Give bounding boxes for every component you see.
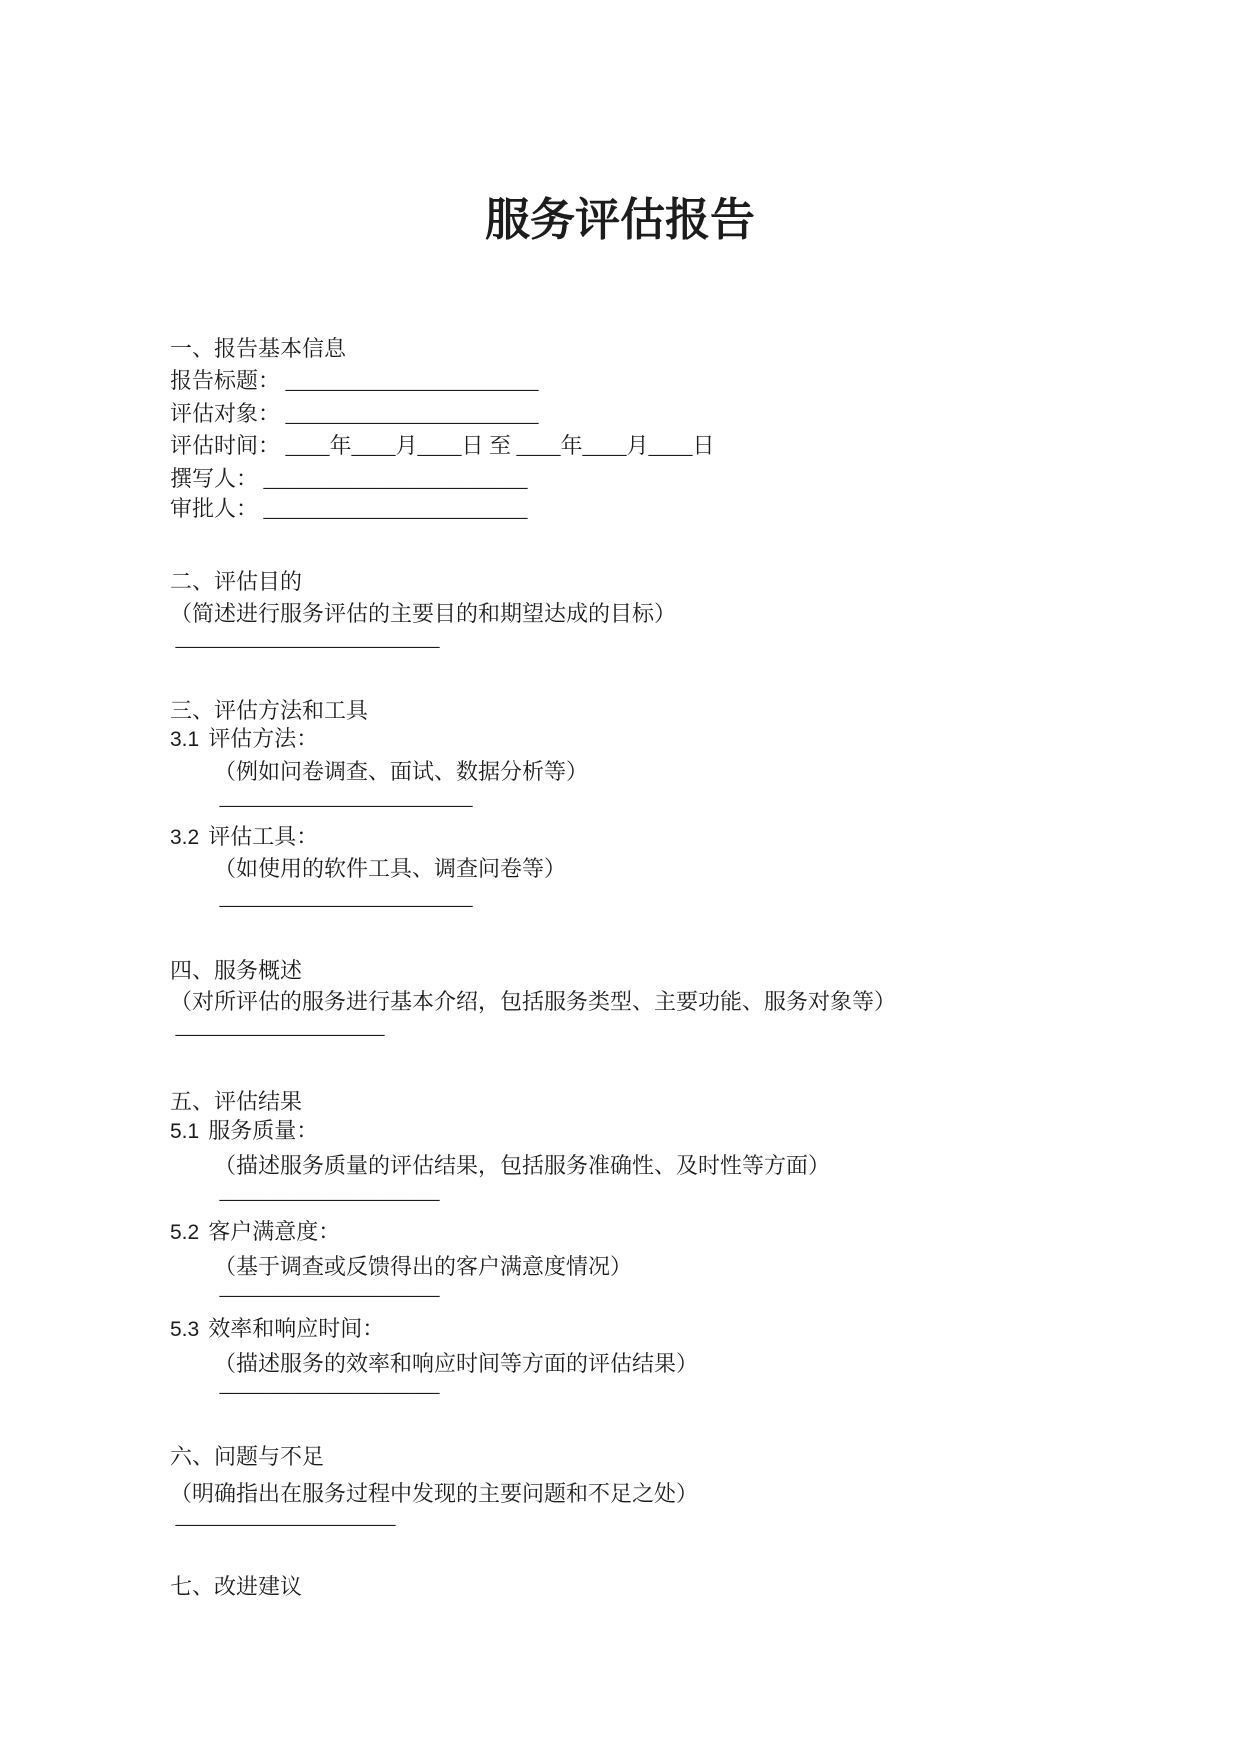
blank-line: ____________________ — [214, 1272, 440, 1302]
subsection-line-3-1: 3.1评估方法： — [170, 724, 318, 755]
subsection-number: 5.2 — [170, 1221, 199, 1244]
subsection-label: 客户满意度： — [208, 1219, 340, 1244]
subsection-number: 3.2 — [170, 826, 199, 849]
field-label: 评估对象： — [170, 401, 280, 426]
blank-line: ____________________ — [170, 1501, 396, 1531]
field-blank: ____年____月____日 至 ____年____月____日 — [280, 433, 715, 458]
subsection-note: （如使用的软件工具、调查问卷等） — [214, 854, 566, 884]
blank-line: ________________________ — [170, 623, 440, 653]
field-blank: _______________________ — [280, 368, 539, 393]
blank-line: ____________________ — [214, 1369, 440, 1399]
blank-line: _______________________ — [214, 882, 473, 912]
section-heading-7: 七、改进建议 — [170, 1572, 302, 1602]
subsection-label: 评估方法： — [208, 726, 318, 751]
field-blank: ________________________ — [258, 496, 528, 521]
field-label: 报告标题： — [170, 368, 280, 393]
subsection-line-5-1: 5.1服务质量： — [170, 1116, 318, 1147]
blank-line: ____________________ — [214, 1176, 440, 1206]
subsection-line-5-3: 5.3效率和响应时间： — [170, 1314, 384, 1345]
document-page: 服务评估报告 一、报告基本信息 报告标题： __________________… — [0, 0, 1240, 1753]
subsection-line-5-2: 5.2客户满意度： — [170, 1217, 340, 1248]
field-label: 审批人： — [170, 496, 258, 521]
field-label: 评估时间： — [170, 433, 280, 458]
section-heading-2: 二、评估目的 — [170, 567, 302, 597]
section-heading-3: 三、评估方法和工具 — [170, 696, 368, 726]
field-line-evaluation-time: 评估时间： ____年____月____日 至 ____年____月____日 — [170, 431, 715, 461]
field-blank: ________________________ — [258, 466, 528, 491]
subsection-label: 服务质量： — [208, 1118, 318, 1143]
section-heading-4: 四、服务概述 — [170, 956, 302, 986]
subsection-line-3-2: 3.2评估工具： — [170, 822, 318, 853]
field-line-writer: 撰写人： ________________________ — [170, 464, 528, 494]
field-line-evaluation-object: 评估对象： _______________________ — [170, 399, 539, 429]
field-line-report-title: 报告标题： _______________________ — [170, 366, 539, 396]
field-line-approver: 审批人： ________________________ — [170, 494, 528, 524]
field-blank: _______________________ — [280, 401, 539, 426]
subsection-label: 评估工具： — [208, 824, 318, 849]
blank-line: ___________________ — [170, 1011, 385, 1041]
blank-line: _______________________ — [214, 782, 473, 812]
section-heading-5: 五、评估结果 — [170, 1087, 302, 1117]
subsection-number: 3.1 — [170, 728, 199, 751]
section-heading-1: 一、报告基本信息 — [170, 334, 346, 364]
subsection-number: 5.1 — [170, 1120, 199, 1143]
field-label: 撰写人： — [170, 466, 258, 491]
subsection-number: 5.3 — [170, 1318, 199, 1341]
subsection-label: 效率和响应时间： — [208, 1316, 384, 1341]
section-heading-6: 六、问题与不足 — [170, 1442, 324, 1472]
document-title: 服务评估报告 — [0, 194, 1240, 246]
